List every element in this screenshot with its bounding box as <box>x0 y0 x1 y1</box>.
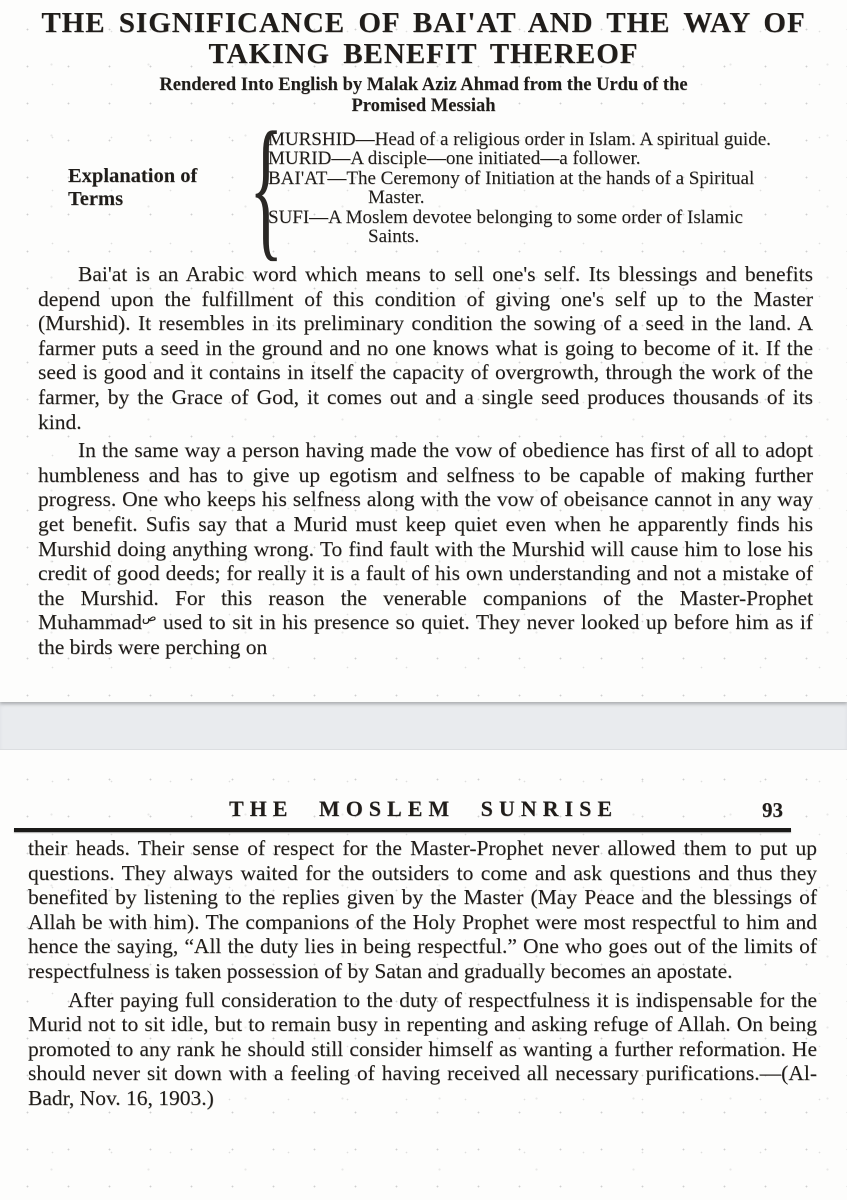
paragraph-vow-of-obedience: In the same way a person having made the… <box>38 438 813 659</box>
scanned-page-top: THE SIGNIFICANCE OF BAI'AT AND THE WAY O… <box>0 0 847 702</box>
term-murshid: MURSHID—Head of a religious order in Isl… <box>268 130 784 150</box>
scanned-page-bottom: THE MOSLEM SUNRISE 93 their heads. Their… <box>0 750 847 1200</box>
explanation-of-terms-section: Explanation of Terms { MURSHID—Head of a… <box>0 119 847 257</box>
article-subtitle-line2: Promised Messiah <box>0 96 847 117</box>
paragraph-respect-continuation: their heads. Their sense of respect for … <box>28 836 817 984</box>
pbuh-symbol: ص <box>142 610 157 624</box>
journal-title: THE MOSLEM SUNRISE <box>0 796 847 822</box>
journal-header: THE MOSLEM SUNRISE 93 <box>0 750 847 836</box>
article-body-page2: their heads. Their sense of respect for … <box>28 836 817 1111</box>
article-subtitle-line1: Rendered Into English by Malak Aziz Ahma… <box>0 75 847 96</box>
article-title-line1: THE SIGNIFICANCE OF BAI'AT AND THE WAY O… <box>0 8 847 39</box>
paragraph2-text-before: In the same way a person having made the… <box>38 438 813 634</box>
article-title: THE SIGNIFICANCE OF BAI'AT AND THE WAY O… <box>0 0 847 70</box>
brace-glyph: { <box>249 119 261 257</box>
term-baiat: BAI'AT—The Ceremony of Initiation at the… <box>268 169 784 208</box>
page-gap-separator <box>0 702 847 750</box>
header-rule-divider <box>14 828 791 832</box>
paragraph-duty-of-respectfulness: After paying full consideration to the d… <box>28 988 817 1111</box>
paragraph-baiat-definition: Bai'at is an Arabic word which means to … <box>38 262 813 434</box>
terms-label: Explanation of Terms <box>0 165 242 211</box>
article-title-line2: TAKING BENEFIT THEREOF <box>0 39 847 70</box>
page-number: 93 <box>762 798 783 823</box>
article-subtitle: Rendered Into English by Malak Aziz Ahma… <box>0 75 847 117</box>
term-murid: MURID—A disciple—one initiated—a followe… <box>268 149 784 169</box>
article-body-page1: Bai'at is an Arabic word which means to … <box>38 262 813 660</box>
terms-list: MURSHID—Head of a religious order in Isl… <box>268 130 784 247</box>
term-sufi: SUFI—A Moslem devotee belonging to some … <box>268 208 784 247</box>
